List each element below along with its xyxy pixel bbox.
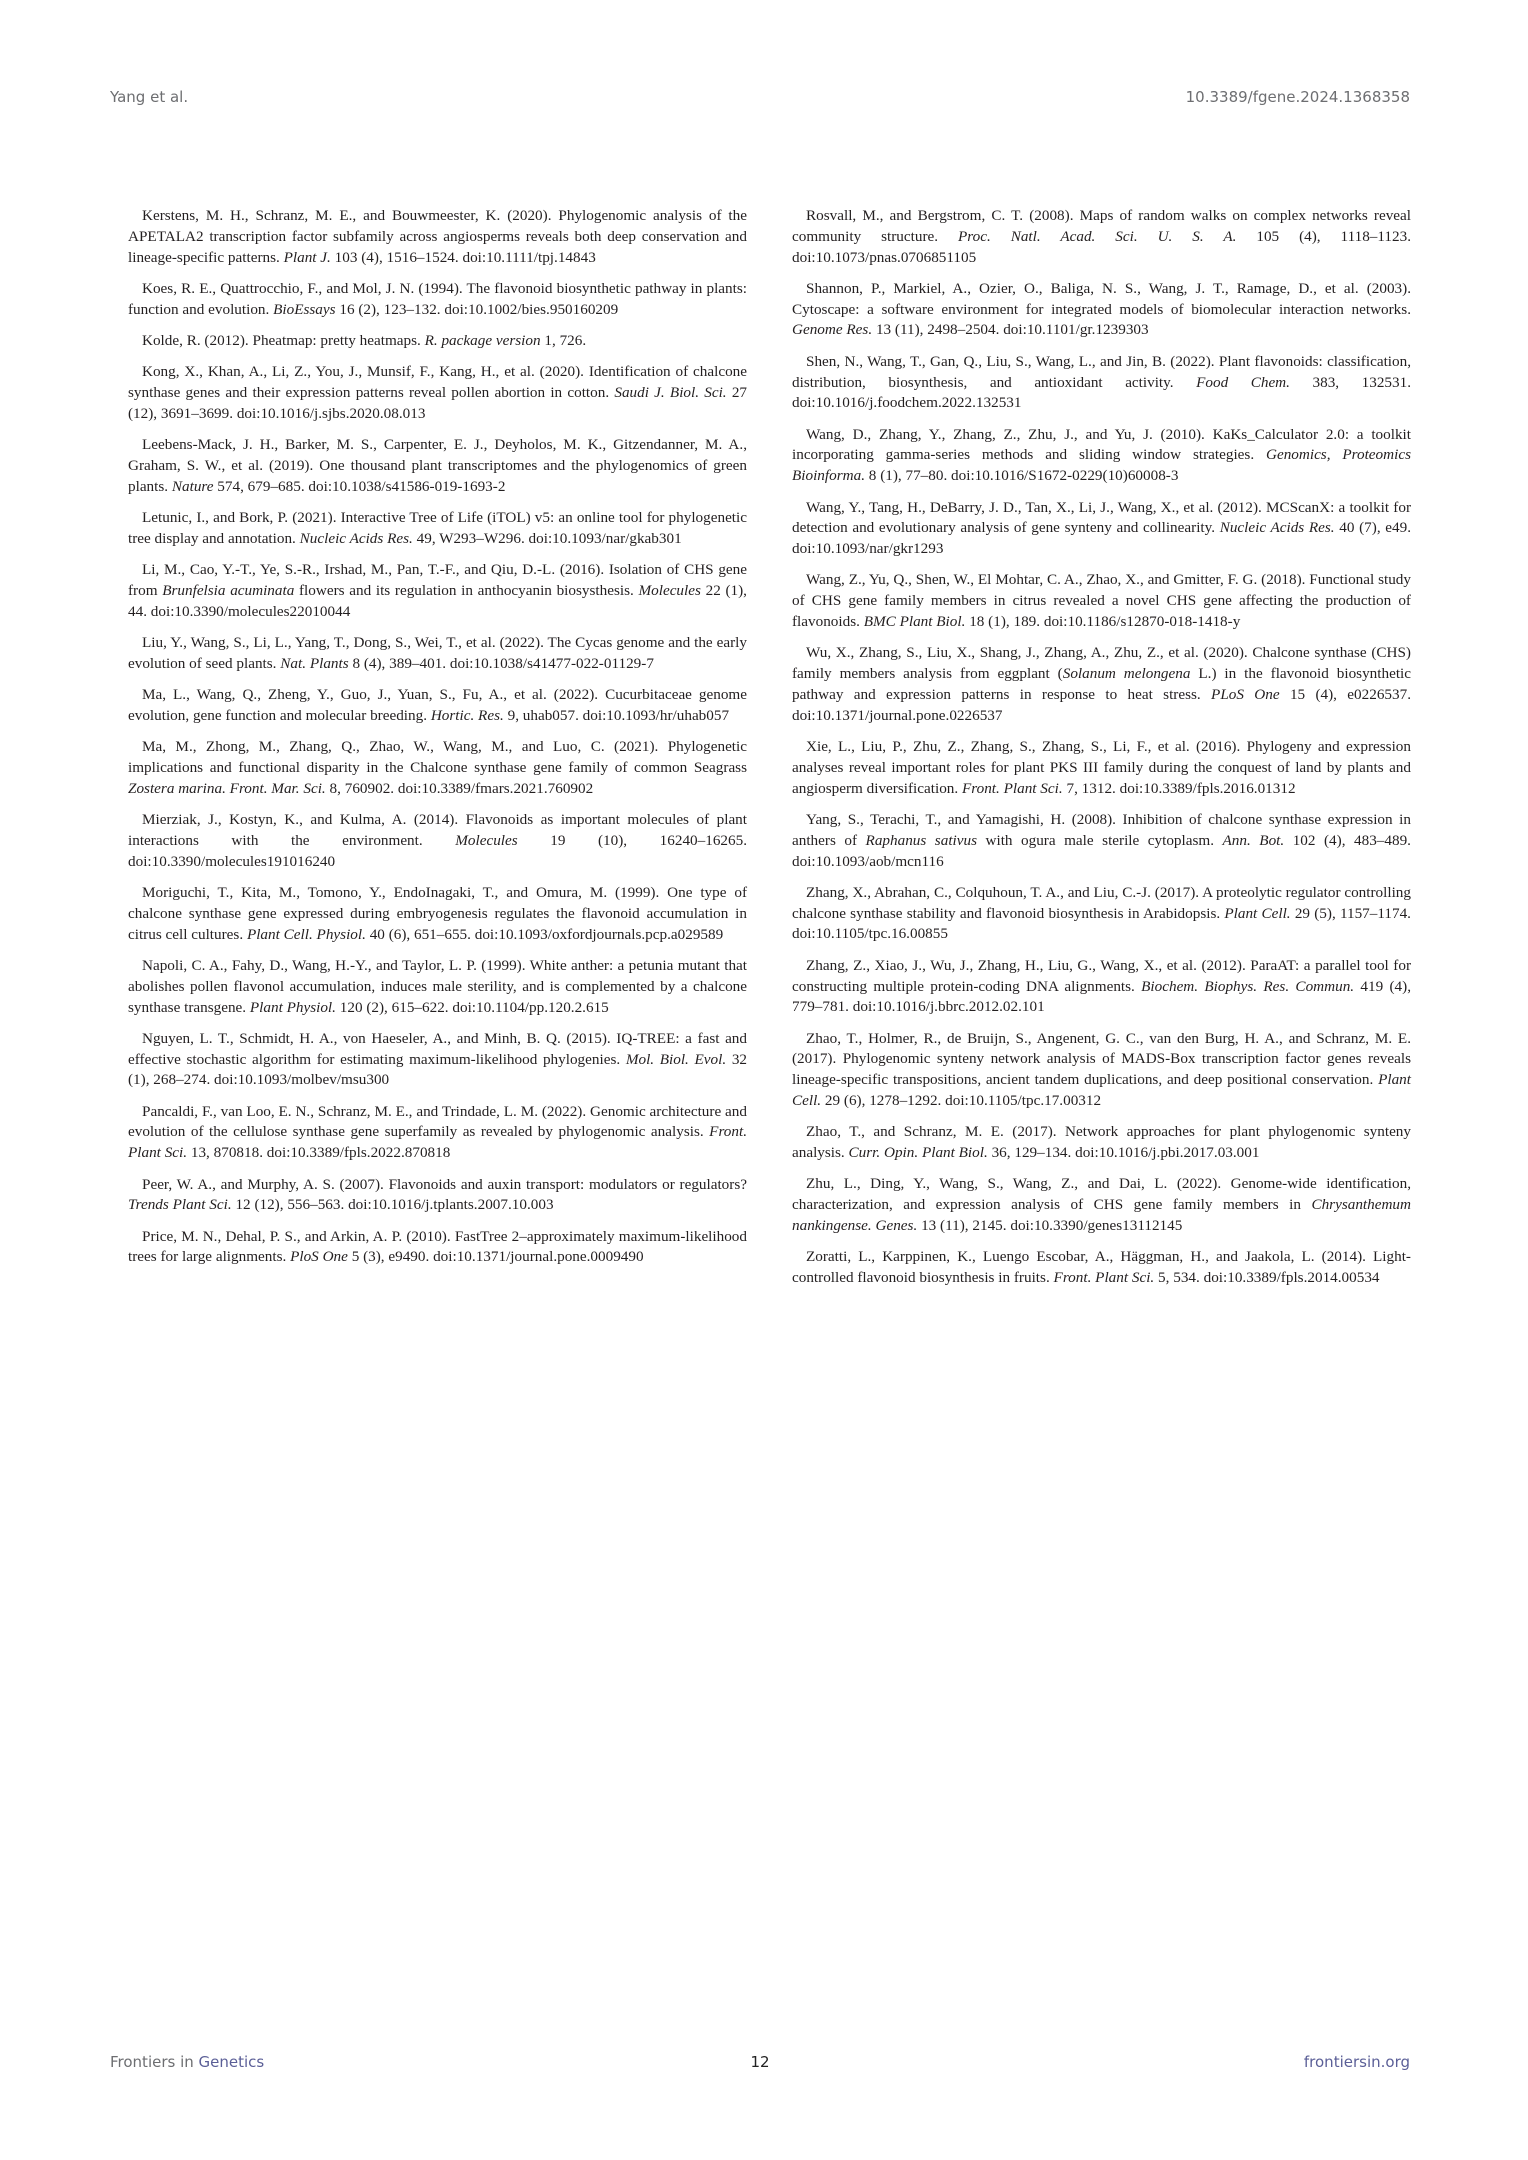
reference-journal: Biochem. Biophys. Res. Commun. <box>1141 978 1354 995</box>
reference-journal: BMC Plant Biol. <box>864 613 966 630</box>
running-header: Yang et al. 10.3389/fgene.2024.1368358 <box>110 88 1410 106</box>
reference-entry: Zhu, L., Ding, Y., Wang, S., Wang, Z., a… <box>792 1174 1411 1236</box>
reference-text: 8 (4), 389–401. doi:10.1038/s41477-022-0… <box>349 655 654 672</box>
reference-journal: PloS One <box>290 1248 348 1265</box>
reference-entry: Yang, S., Terachi, T., and Yamagishi, H.… <box>792 810 1411 872</box>
reference-text: 7, 1312. doi:10.3389/fpls.2016.01312 <box>1063 780 1296 797</box>
reference-entry: Xie, L., Liu, P., Zhu, Z., Zhang, S., Zh… <box>792 737 1411 799</box>
reference-journal: Trends Plant Sci. <box>128 1196 232 1213</box>
reference-entry: Li, M., Cao, Y.-T., Ye, S.-R., Irshad, M… <box>128 560 747 622</box>
reference-text: 18 (1), 189. doi:10.1186/s12870-018-1418… <box>965 613 1240 630</box>
reference-journal: Brunfelsia acuminata <box>162 582 294 599</box>
reference-entry: Shannon, P., Markiel, A., Ozier, O., Bal… <box>792 279 1411 341</box>
reference-text: Shannon, P., Markiel, A., Ozier, O., Bal… <box>792 280 1411 318</box>
reference-journal: Zostera marina. Front. Mar. Sci. <box>128 780 326 797</box>
reference-entry: Zhang, X., Abrahan, C., Colquhoun, T. A.… <box>792 883 1411 945</box>
reference-entry: Zhao, T., and Schranz, M. E. (2017). Net… <box>792 1122 1411 1164</box>
reference-journal: Plant Cell. Physiol. <box>247 926 366 943</box>
reference-journal: Nature <box>172 478 214 495</box>
reference-journal: Plant J. <box>284 249 331 266</box>
reference-journal: Proc. Natl. Acad. Sci. U. S. A. <box>958 228 1236 245</box>
reference-entry: Peer, W. A., and Murphy, A. S. (2007). F… <box>128 1175 747 1217</box>
reference-journal: Nat. Plants <box>280 655 348 672</box>
reference-journal: Raphanus sativus <box>866 832 977 849</box>
header-doi: 10.3389/fgene.2024.1368358 <box>1186 88 1410 106</box>
reference-entry: Ma, M., Zhong, M., Zhang, Q., Zhao, W., … <box>128 737 747 799</box>
reference-journal: PLoS One <box>1211 686 1280 703</box>
reference-journal: R. package version <box>425 332 541 349</box>
references-body: Kerstens, M. H., Schranz, M. E., and Bou… <box>128 206 1411 1299</box>
reference-entry: Letunic, I., and Bork, P. (2021). Intera… <box>128 508 747 550</box>
reference-entry: Wang, D., Zhang, Y., Zhang, Z., Zhu, J.,… <box>792 425 1411 487</box>
reference-entry: Zhao, T., Holmer, R., de Bruijn, S., Ang… <box>792 1029 1411 1112</box>
reference-journal: Solanum melongena <box>1063 665 1191 682</box>
reference-text: Zhao, T., Holmer, R., de Bruijn, S., Ang… <box>792 1030 1411 1089</box>
reference-entry: Mierziak, J., Kostyn, K., and Kulma, A. … <box>128 810 747 872</box>
reference-text: 36, 129–134. doi:10.1016/j.pbi.2017.03.0… <box>988 1144 1260 1161</box>
reference-entry: Napoli, C. A., Fahy, D., Wang, H.-Y., an… <box>128 956 747 1018</box>
reference-journal: Food Chem. <box>1196 374 1290 391</box>
reference-entry: Koes, R. E., Quattrocchio, F., and Mol, … <box>128 279 747 321</box>
reference-entry: Wang, Z., Yu, Q., Shen, W., El Mohtar, C… <box>792 570 1411 632</box>
reference-journal: Mol. Biol. Evol. <box>626 1051 726 1068</box>
reference-journal: Curr. Opin. Plant Biol. <box>849 1144 988 1161</box>
reference-entry: Price, M. N., Dehal, P. S., and Arkin, A… <box>128 1227 747 1269</box>
reference-entry: Wu, X., Zhang, S., Liu, X., Shang, J., Z… <box>792 643 1411 726</box>
reference-journal: Molecules <box>638 582 700 599</box>
reference-journal: Plant Cell. <box>1224 905 1290 922</box>
reference-text: Kolde, R. (2012). Pheatmap: pretty heatm… <box>142 332 425 349</box>
reference-journal: Saudi J. Biol. Sci. <box>614 384 726 401</box>
reference-text: 13 (11), 2145. doi:10.3390/genes13112145 <box>917 1217 1182 1234</box>
reference-text: 5, 534. doi:10.3389/fpls.2014.00534 <box>1154 1269 1379 1286</box>
reference-text: Ma, M., Zhong, M., Zhang, Q., Zhao, W., … <box>128 738 747 776</box>
reference-entry: Wang, Y., Tang, H., DeBarry, J. D., Tan,… <box>792 498 1411 560</box>
reference-entry: Kerstens, M. H., Schranz, M. E., and Bou… <box>128 206 747 268</box>
reference-text: 13, 870818. doi:10.3389/fpls.2022.870818 <box>187 1144 450 1161</box>
reference-entry: Ma, L., Wang, Q., Zheng, Y., Guo, J., Yu… <box>128 685 747 727</box>
reference-entry: Zoratti, L., Karppinen, K., Luengo Escob… <box>792 1247 1411 1289</box>
reference-journal: Ann. Bot. <box>1223 832 1285 849</box>
reference-text: 12 (12), 556–563. doi:10.1016/j.tplants.… <box>232 1196 554 1213</box>
reference-text: 9, uhab057. doi:10.1093/hr/uhab057 <box>504 707 729 724</box>
reference-journal: Front. Plant Sci. <box>1054 1269 1155 1286</box>
reference-journal: Plant Physiol. <box>250 999 336 1016</box>
reference-entry: Shen, N., Wang, T., Gan, Q., Liu, S., Wa… <box>792 352 1411 414</box>
reference-entry: Rosvall, M., and Bergstrom, C. T. (2008)… <box>792 206 1411 268</box>
reference-text: 103 (4), 1516–1524. doi:10.1111/tpj.1484… <box>331 249 596 266</box>
references-right-column: Rosvall, M., and Bergstrom, C. T. (2008)… <box>792 206 1411 1299</box>
reference-text: Peer, W. A., and Murphy, A. S. (2007). F… <box>142 1176 747 1193</box>
reference-entry: Nguyen, L. T., Schmidt, H. A., von Haese… <box>128 1029 747 1091</box>
reference-entry: Leebens-Mack, J. H., Barker, M. S., Carp… <box>128 435 747 497</box>
reference-journal: Hortic. Res. <box>431 707 504 724</box>
reference-text: 29 (6), 1278–1292. doi:10.1105/tpc.17.00… <box>821 1092 1101 1109</box>
reference-entry: Liu, Y., Wang, S., Li, L., Yang, T., Don… <box>128 633 747 675</box>
reference-text: 120 (2), 615–622. doi:10.1104/pp.120.2.6… <box>336 999 609 1016</box>
references-left-column: Kerstens, M. H., Schranz, M. E., and Bou… <box>128 206 747 1299</box>
footer-journal: Frontiers in Genetics <box>110 2053 264 2071</box>
reference-journal: BioEssays <box>273 301 335 318</box>
reference-entry: Pancaldi, F., van Loo, E. N., Schranz, M… <box>128 1102 747 1164</box>
footer-journal-prefix: Frontiers in <box>110 2053 194 2071</box>
reference-journal: Genome Res. <box>792 321 872 338</box>
reference-entry: Moriguchi, T., Kita, M., Tomono, Y., End… <box>128 883 747 945</box>
reference-text: 5 (3), e9490. doi:10.1371/journal.pone.0… <box>348 1248 644 1265</box>
footer-site-link[interactable]: frontiersin.org <box>1304 2053 1410 2071</box>
header-authors: Yang et al. <box>110 88 188 106</box>
reference-text: 8, 760902. doi:10.3389/fmars.2021.760902 <box>326 780 593 797</box>
reference-journal: Molecules <box>455 832 517 849</box>
reference-entry: Kolde, R. (2012). Pheatmap: pretty heatm… <box>128 331 747 352</box>
footer-journal-name: Genetics <box>199 2053 265 2071</box>
reference-journal: Nucleic Acids Res. <box>300 530 413 547</box>
page-number: 12 <box>750 2053 769 2071</box>
reference-text: 40 (6), 651–655. doi:10.1093/oxfordjourn… <box>366 926 723 943</box>
reference-text: Pancaldi, F., van Loo, E. N., Schranz, M… <box>128 1103 747 1141</box>
reference-entry: Kong, X., Khan, A., Li, Z., You, J., Mun… <box>128 362 747 424</box>
reference-text: flowers and its regulation in anthocyani… <box>294 582 638 599</box>
reference-entry: Zhang, Z., Xiao, J., Wu, J., Zhang, H., … <box>792 956 1411 1018</box>
reference-journal: Nucleic Acids Res. <box>1220 519 1335 536</box>
reference-text: 574, 679–685. doi:10.1038/s41586-019-169… <box>214 478 506 495</box>
reference-text: with ogura male sterile cytoplasm. <box>977 832 1223 849</box>
reference-text: 49, W293–W296. doi:10.1093/nar/gkab301 <box>413 530 682 547</box>
running-footer: Frontiers in Genetics 12 frontiersin.org <box>110 2053 1410 2071</box>
reference-text: 16 (2), 123–132. doi:10.1002/bies.950160… <box>336 301 619 318</box>
reference-text: 8 (1), 77–80. doi:10.1016/S1672-0229(10)… <box>865 467 1178 484</box>
reference-text: 13 (11), 2498–2504. doi:10.1101/gr.12393… <box>872 321 1148 338</box>
reference-journal: Front. Plant Sci. <box>962 780 1063 797</box>
reference-text: 1, 726. <box>541 332 587 349</box>
